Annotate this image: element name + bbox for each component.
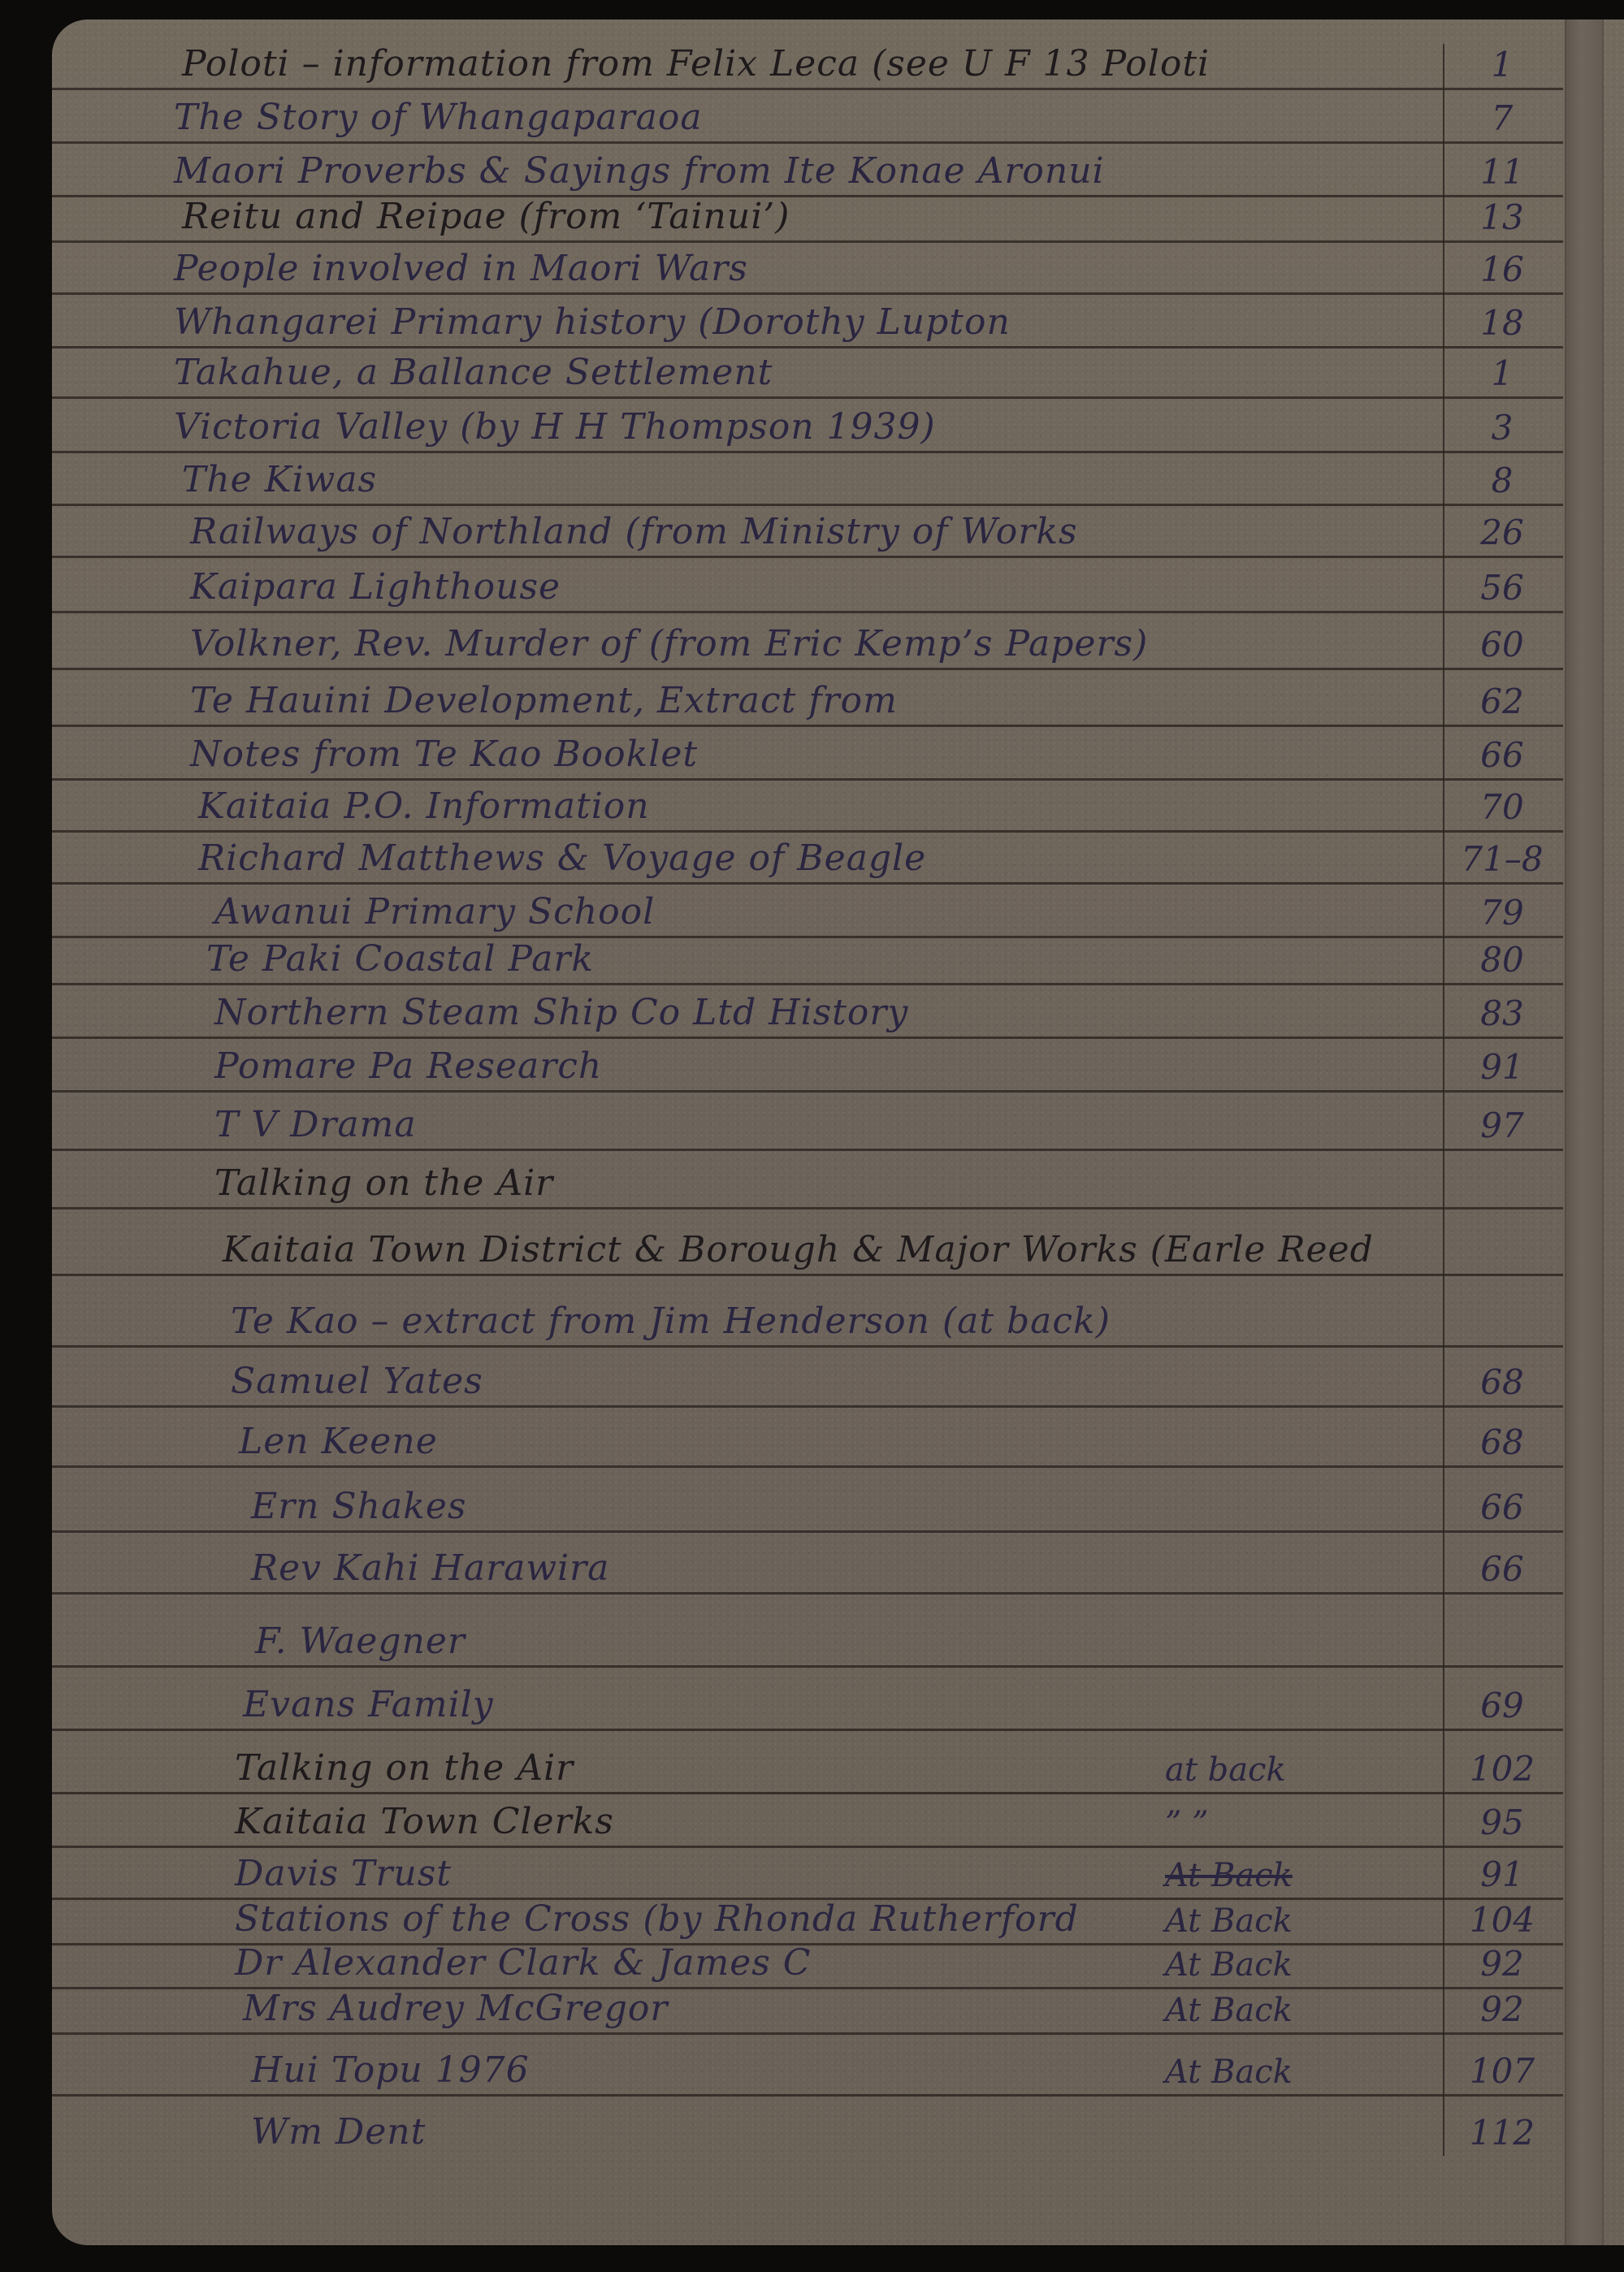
index-entry: Talking on the Airat back102 [52, 1738, 1565, 1795]
entry-title: Samuel Yates [231, 1361, 483, 1402]
index-entry: People involved in Maori Wars16 [52, 239, 1565, 296]
entry-title: Richard Matthews & Voyage of Beagle [198, 837, 926, 879]
entry-title: Rev Kahi Harawira [251, 1547, 609, 1589]
entry-page-number: 92 [1445, 1989, 1559, 2029]
entry-title: Poloti – information from Felix Leca (se… [182, 43, 1210, 84]
index-entry: Notes from Te Kao Booklet66 [52, 725, 1565, 781]
entry-title: Northern Steam Ship Co Ltd History [214, 992, 908, 1033]
entry-page-number: 26 [1445, 513, 1559, 552]
index-entry: The Story of Whangaparaoa7 [52, 88, 1565, 145]
entry-title: The Story of Whangaparaoa [174, 97, 703, 138]
index-page: Poloti – information from Felix Leca (se… [52, 19, 1624, 2245]
entry-page-number: 66 [1445, 1549, 1559, 1589]
index-entry: Poloti – information from Felix Leca (se… [52, 34, 1565, 91]
entry-title: Notes from Te Kao Booklet [190, 734, 698, 775]
index-entry: T V Drama97 [52, 1095, 1565, 1152]
index-entry: Te Paki Coastal Park80 [52, 929, 1565, 986]
entry-page-number: 66 [1445, 735, 1559, 775]
index-entry: Te Kao – extract from Jim Henderson (at … [52, 1292, 1565, 1348]
index-entry: Pomare Pa Research91 [52, 1036, 1565, 1093]
entry-page-number: 95 [1445, 1802, 1559, 1842]
entry-page-number: 18 [1445, 303, 1559, 343]
entry-page-number: 62 [1445, 682, 1559, 721]
entry-title: Te Kao – extract from Jim Henderson (at … [231, 1300, 1111, 1342]
index-entry: Len Keene68 [52, 1412, 1565, 1469]
index-entry: Samuel Yates68 [52, 1352, 1565, 1409]
entry-title: Ern Shakes [251, 1486, 466, 1527]
entry-title: Awanui Primary School [214, 891, 655, 933]
entry-title: People involved in Maori Wars [174, 248, 748, 289]
index-entry: Hui Topu 1976At Back107 [52, 2040, 1565, 2097]
entry-title: T V Drama [214, 1104, 417, 1145]
entry-page-number: 60 [1445, 625, 1559, 664]
entry-title: Te Hauini Development, Extract from [190, 680, 898, 721]
index-entry: Railways of Northland (from Ministry of … [52, 502, 1565, 559]
entry-title: Te Paki Coastal Park [206, 938, 594, 980]
entry-page-number: 107 [1445, 2051, 1559, 2091]
entry-title: Davis Trust [235, 1853, 452, 1894]
entry-page-number: 8 [1445, 461, 1559, 500]
entry-page-number: 79 [1445, 893, 1559, 933]
index-entry: Kaitaia Town Clerks” ”95 [52, 1792, 1565, 1849]
entry-page-number: 91 [1445, 1854, 1559, 1894]
entry-title: Mrs Audrey McGregor [243, 1988, 668, 2029]
entry-page-number: 56 [1445, 568, 1559, 608]
binding-strip [1565, 19, 1604, 2245]
entry-title: Victoria Valley (by H H Thompson 1939) [174, 406, 936, 448]
entry-title: Pomare Pa Research [214, 1045, 602, 1087]
index-entry: Ern Shakes66 [52, 1477, 1565, 1534]
index-entry: Evans Family69 [52, 1675, 1565, 1732]
entry-title: The Kiwas [182, 459, 377, 500]
entry-title: Talking on the Air [214, 1162, 553, 1204]
entry-title: Volkner, Rev. Murder of (from Eric Kemp’… [190, 623, 1148, 664]
entry-title: Whangarei Primary history (Dorothy Lupto… [174, 301, 1011, 343]
index-entry: Kaipara Lighthouse56 [52, 557, 1565, 614]
entry-title: Hui Topu 1976 [251, 2049, 530, 2091]
entry-title: Talking on the Air [235, 1747, 574, 1789]
index-entry: Northern Steam Ship Co Ltd History83 [52, 983, 1565, 1040]
index-entry: Talking on the Air [52, 1153, 1565, 1210]
entry-page-number: 70 [1445, 787, 1559, 827]
index-entry: Kaitaia Town District & Borough & Major … [52, 1220, 1565, 1277]
entry-page-number: 13 [1445, 197, 1559, 237]
entry-page-number: 80 [1445, 940, 1559, 980]
entry-title: Railways of Northland (from Ministry of … [190, 511, 1078, 552]
entry-location-note: at back [1165, 1751, 1286, 1789]
entry-page-number: 11 [1445, 152, 1559, 192]
entry-title: Takahue, a Ballance Settlement [174, 352, 773, 393]
entry-title: Dr Alexander Clark & James C [235, 1942, 811, 1984]
index-entry: Whangarei Primary history (Dorothy Lupto… [52, 292, 1565, 349]
index-entry: Takahue, a Ballance Settlement1 [52, 343, 1565, 400]
entry-page-number: 102 [1445, 1749, 1559, 1789]
index-entry: Mrs Audrey McGregorAt Back92 [52, 1979, 1565, 2036]
entry-title: Reitu and Reipae (from ‘Tainui’) [182, 196, 790, 237]
entry-page-number: 68 [1445, 1362, 1559, 1402]
entry-page-number: 1 [1445, 353, 1559, 393]
entry-title: Kaitaia Town Clerks [235, 1801, 614, 1842]
entry-location-note: ” ” [1165, 1805, 1209, 1842]
entry-page-number: 16 [1445, 249, 1559, 289]
entry-page-number: 92 [1445, 1944, 1559, 1984]
entry-title: Len Keene [239, 1421, 438, 1462]
entry-title: Kaitaia P.O. Information [198, 785, 650, 827]
index-entry: The Kiwas8 [52, 450, 1565, 507]
entry-title: Maori Proverbs & Sayings from Ite Konae … [174, 150, 1105, 192]
index-entry: Volkner, Rev. Murder of (from Eric Kemp’… [52, 614, 1565, 671]
entry-page-number: 112 [1445, 2113, 1559, 2153]
entry-page-number: 1 [1445, 45, 1559, 84]
entry-page-number: 3 [1445, 408, 1559, 448]
entry-title: Kaitaia Town District & Borough & Major … [223, 1229, 1374, 1270]
index-entry: Reitu and Reipae (from ‘Tainui’)13 [52, 187, 1565, 244]
entry-page-number: 69 [1445, 1686, 1559, 1725]
entry-location-note: At Back [1165, 1992, 1293, 2029]
entry-title: Kaipara Lighthouse [190, 566, 561, 608]
index-entry: Richard Matthews & Voyage of Beagle71–8 [52, 829, 1565, 885]
entry-page-number: 7 [1445, 98, 1559, 138]
index-entry: Kaitaia P.O. Information70 [52, 777, 1565, 833]
index-entry: Victoria Valley (by H H Thompson 1939)3 [52, 397, 1565, 454]
entry-page-number: 66 [1445, 1487, 1559, 1527]
entry-page-number: 97 [1445, 1106, 1559, 1145]
entry-page-number: 91 [1445, 1047, 1559, 1087]
entry-page-number: 71–8 [1445, 839, 1559, 879]
entry-location-note: At Back [1165, 2053, 1293, 2091]
entry-title: F. Waegner [255, 1621, 466, 1662]
entry-page-number: 83 [1445, 993, 1559, 1033]
index-entry: Te Hauini Development, Extract from62 [52, 671, 1565, 728]
index-entry: F. Waegner [52, 1612, 1565, 1668]
entry-title: Evans Family [243, 1684, 494, 1725]
entry-title: Wm Dent [251, 2111, 426, 2153]
entry-page-number: 68 [1445, 1422, 1559, 1462]
index-entry: Rev Kahi Harawira66 [52, 1538, 1565, 1595]
index-entry: Wm Dent112 [52, 2102, 1565, 2159]
